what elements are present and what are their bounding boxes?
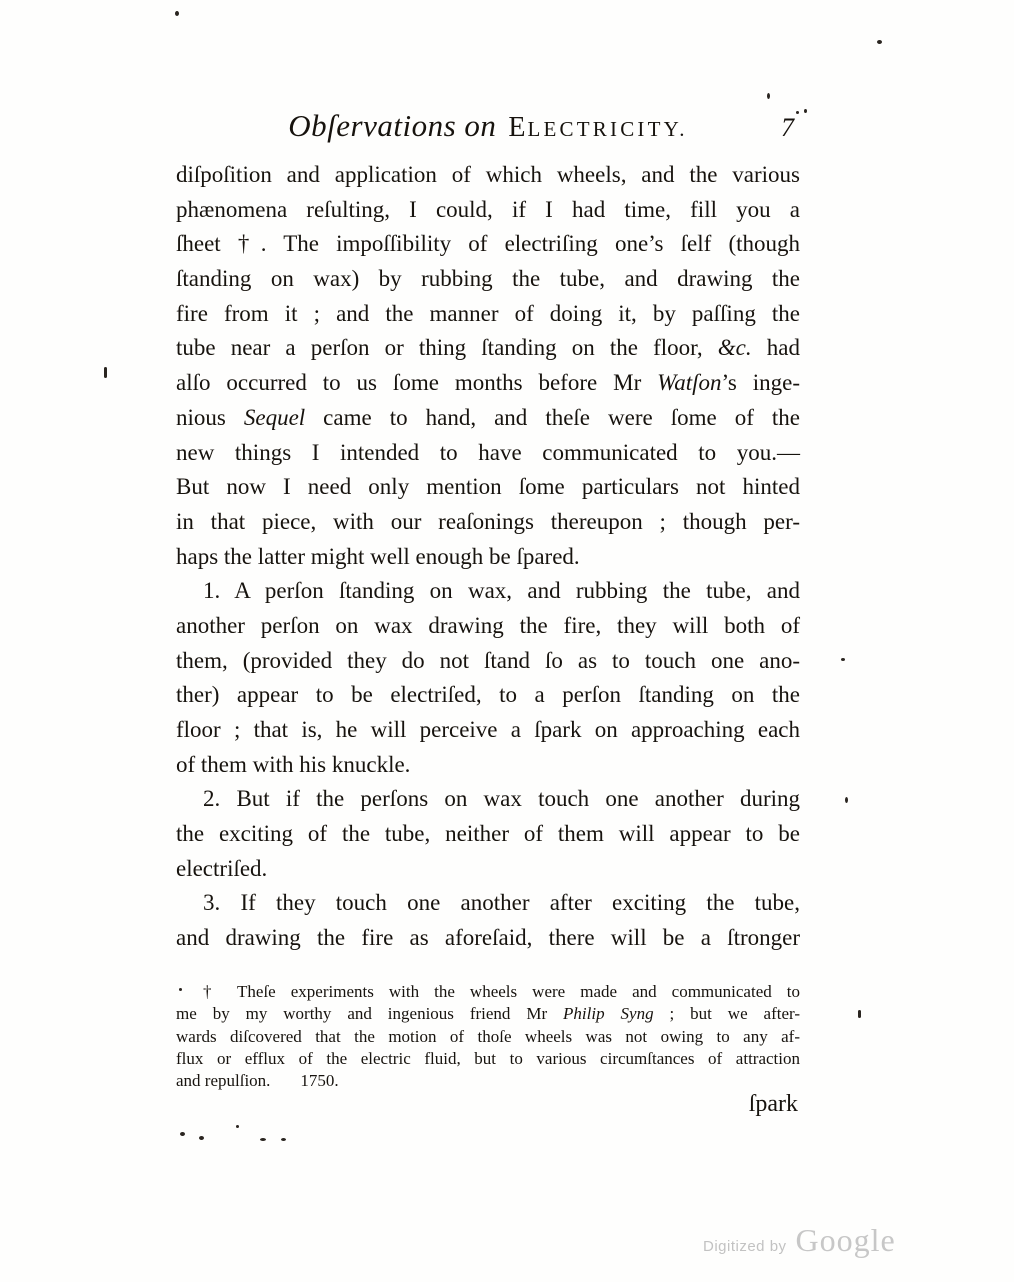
text-line: nious Sequel came to hand, and theſe wer… (176, 401, 800, 436)
text-line: haps the latter might well enough be ſpa… (176, 540, 800, 575)
text-segment: had (752, 335, 800, 360)
text-segment: electriſed. (176, 856, 267, 881)
text-segment: 2. But if the perſons on wax touch one a… (203, 786, 800, 811)
text-line: phænomena reſulting, I could, if I had t… (176, 193, 800, 228)
scan-speck (281, 1138, 286, 1141)
scan-speck (180, 1132, 185, 1136)
text-line: floor ; that is, he will perceive a ſpar… (176, 713, 800, 748)
text-segment: fire from it ; and the manner of doing i… (176, 301, 800, 326)
page-number: 7 (781, 113, 794, 143)
text-segment: flux or efflux of the electric fluid, bu… (176, 1049, 800, 1068)
text-line: But now I need only mention ſome particu… (176, 470, 800, 505)
text-segment: floor ; that is, he will perceive a ſpar… (176, 717, 800, 742)
text-line: new things I intended to have communicat… (176, 436, 800, 471)
scan-speck (179, 988, 182, 991)
italic-text-segment: Sequel (244, 405, 305, 430)
text-line: † Theſe experiments with the wheels were… (176, 981, 800, 1003)
text-line: in that piece, with our reaſonings there… (176, 505, 800, 540)
google-logo: Google (796, 1222, 896, 1259)
text-segment: tube near a perſon or thing ſtanding on … (176, 335, 718, 360)
text-segment: of them with his knuckle. (176, 752, 410, 777)
text-segment: wards diſcovered that the motion of thoſ… (176, 1027, 800, 1046)
text-segment: 3. If they touch one another after excit… (203, 890, 800, 915)
text-line: of them with his knuckle. (176, 748, 800, 783)
scan-speck (199, 1136, 204, 1140)
text-line: another perſon on wax drawing the fire, … (176, 609, 800, 644)
text-line: me by my worthy and ingenious friend Mr … (176, 1003, 800, 1025)
main-text-block: diſpoſition and application of which whe… (176, 158, 800, 956)
text-line: ſtanding on wax) by rubbing the tube, an… (176, 262, 800, 297)
digitized-by-label: Digitized by (703, 1238, 787, 1255)
text-line: them, (provided they do not ſtand ſo as … (176, 644, 800, 679)
text-segment: ſheet †. The impoſſibility of electriſin… (176, 231, 800, 256)
text-line: flux or efflux of the electric fluid, bu… (176, 1048, 800, 1070)
scan-speck (877, 40, 882, 44)
text-line: tube near a perſon or thing ſtanding on … (176, 331, 800, 366)
text-segment: ther) appear to be electriſed, to a perſ… (176, 682, 800, 707)
text-segment: another perſon on wax drawing the fire, … (176, 613, 800, 638)
scan-speck (796, 111, 799, 114)
running-header: Obſervations onELECTRICITY. (176, 108, 800, 144)
text-line: ſheet †. The impoſſibility of electriſin… (176, 227, 800, 262)
scan-speck (804, 109, 807, 113)
text-segment: came to hand, and theſe were ſome of the (305, 405, 800, 430)
text-line: fire from it ; and the manner of doing i… (176, 297, 800, 332)
scan-speck (841, 658, 845, 661)
header-title-italic: Obſervations on (288, 108, 496, 143)
scan-speck (104, 367, 107, 378)
text-segment: ’s inge- (721, 370, 800, 395)
text-line: and drawing the fire as aforeſaid, there… (176, 921, 800, 956)
scan-speck (767, 93, 770, 99)
text-line: electriſed. (176, 852, 800, 887)
text-segment: the exciting of the tube, neither of the… (176, 821, 800, 846)
scan-speck (175, 11, 179, 16)
watermark: Digitized by Google (703, 1222, 896, 1259)
italic-text-segment: &c. (718, 335, 752, 360)
text-segment: and repulſion. (176, 1071, 270, 1090)
text-segment: haps the latter might well enough be ſpa… (176, 544, 580, 569)
text-segment: nious (176, 405, 244, 430)
text-segment: † Theſe experiments with the wheels were… (203, 982, 800, 1001)
text-segment: alſo occurred to us ſome months before M… (176, 370, 657, 395)
text-segment: 1. A perſon ſtanding on wax, and rubbing… (203, 578, 800, 603)
scanned-book-page: Obſervations onELECTRICITY. 7 diſpoſitio… (0, 0, 1014, 1282)
text-segment: them, (provided they do not ſtand ſo as … (176, 648, 800, 673)
text-segment: ſtanding on wax) by rubbing the tube, an… (176, 266, 800, 291)
catchword: ſpark (176, 1090, 798, 1118)
scan-speck (845, 797, 848, 803)
text-line: 3. If they touch one another after excit… (176, 886, 800, 921)
text-segment: 1750. (300, 1071, 338, 1090)
text-segment: diſpoſition and application of which whe… (176, 162, 800, 187)
text-line: wards diſcovered that the motion of thoſ… (176, 1026, 800, 1048)
text-segment: phænomena reſulting, I could, if I had t… (176, 197, 800, 222)
text-segment: and drawing the fire as aforeſaid, there… (176, 925, 800, 950)
text-line: diſpoſition and application of which whe… (176, 158, 800, 193)
header-title-caps-initial: E (508, 112, 527, 143)
italic-text-segment: Watſon (657, 370, 721, 395)
text-segment: But now I need only mention ſome particu… (176, 474, 800, 499)
text-line: the exciting of the tube, neither of the… (176, 817, 800, 852)
scan-speck (260, 1138, 266, 1141)
text-line: alſo occurred to us ſome months before M… (176, 366, 800, 401)
text-segment: new things I intended to have communicat… (176, 440, 800, 465)
text-segment: ; but we after- (654, 1004, 800, 1023)
text-line: 1. A perſon ſtanding on wax, and rubbing… (176, 574, 800, 609)
footnote-block: † Theſe experiments with the wheels were… (176, 981, 800, 1092)
text-segment: me by my worthy and ingenious friend Mr (176, 1004, 563, 1023)
text-segment: in that piece, with our reaſonings there… (176, 509, 800, 534)
scan-speck (236, 1125, 239, 1128)
text-line: 2. But if the perſons on wax touch one a… (176, 782, 800, 817)
header-title-caps: LECTRICITY. (528, 117, 688, 141)
scan-speck (858, 1010, 861, 1018)
italic-text-segment: Philip Syng (563, 1004, 654, 1023)
text-line: ther) appear to be electriſed, to a perſ… (176, 678, 800, 713)
